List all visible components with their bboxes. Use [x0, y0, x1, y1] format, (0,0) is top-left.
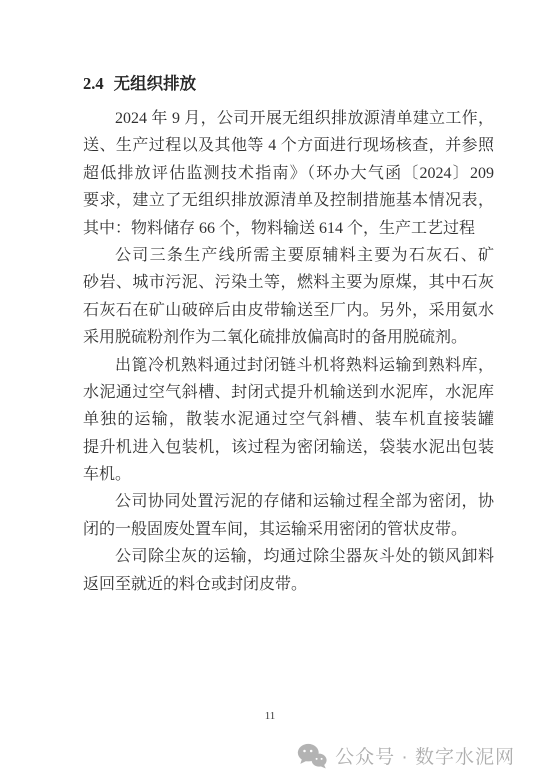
text-line: 石灰石在矿山破碎后由皮带输送至厂内。另外，采用氨水作为烟气脱硝还原剂，	[83, 297, 494, 324]
paragraph-1: 2024 年 9 月，公司开展无组织排放源清单建立工作，从物料储存、物料输 送、…	[83, 105, 494, 242]
wechat-watermark: 公众号 · 数字水泥网	[297, 742, 515, 769]
wechat-icon	[297, 743, 327, 769]
document-content: 2.4无组织排放 2024 年 9 月，公司开展无组织排放源清单建立工作，从物料…	[83, 70, 494, 598]
section-number: 2.4	[83, 74, 104, 93]
text-line: 水泥通过空气斜槽、封闭式提升机输送到水泥库，水泥库散装水泥和袋装水泥是	[83, 379, 494, 406]
text-line: 要求，建立了无组织排放源清单及控制措施基本情况表，无组织排放源 737 个，	[83, 187, 494, 214]
paragraph-3: 出篦冷机熟料通过封闭链斗机将熟料运输到熟料库，库顶有收尘；出水泥磨 水泥通过空气…	[83, 352, 494, 489]
page-number: 11	[0, 710, 540, 722]
text-line: 2024 年 9 月，公司开展无组织排放源清单建立工作，从物料储存、物料输	[83, 105, 494, 132]
text-line: 公司三条生产线所需主要原辅料主要为石灰石、矿渣、脱硫石膏、粉煤灰、	[83, 242, 494, 269]
text-line: 送、生产过程以及其他等 4 个方面进行现场核查，并参照《意见》和《水泥企业	[83, 132, 494, 159]
paragraph-4: 公司协同处置污泥的存储和运输过程全部为密闭，协同处置污染土贮存在封 闭的一般固废…	[83, 488, 494, 543]
text-line: 超低排放评估监测技术指南》（环办大气函〔2024〕209 号）（以下简称《指南》…	[83, 160, 494, 187]
section-title: 无组织排放	[114, 74, 197, 93]
text-line: 闭的一般固废处置车间，其运输采用密闭的管状皮带。	[83, 516, 494, 543]
section-heading: 2.4无组织排放	[83, 70, 494, 94]
text-line: 公司协同处置污泥的存储和运输过程全部为密闭，协同处置污染土贮存在封	[83, 488, 494, 515]
text-line: 其中：物料储存 66 个，物料输送 614 个，生产工艺过程 47 个，其他环节…	[83, 215, 494, 242]
watermark-text: 公众号 · 数字水泥网	[335, 742, 515, 769]
text-line: 采用脱硫粉剂作为二氧化硫排放偏高时的备用脱硫剂。	[83, 324, 494, 351]
text-line: 返回至就近的料仓或封闭皮带。	[83, 571, 494, 598]
text-line: 砂岩、城市污泥、污染土等，燃料主要为原煤，其中石灰石来自公司自有矿山，	[83, 269, 494, 296]
text-line: 车机。	[83, 461, 494, 488]
text-line: 公司除尘灰的运输，均通过除尘器灰斗处的锁风卸料阀与连接的密闭管道，	[83, 543, 494, 570]
document-page: 2.4无组织排放 2024 年 9 月，公司开展无组织排放源清单建立工作，从物料…	[0, 0, 550, 778]
paragraph-2: 公司三条生产线所需主要原辅料主要为石灰石、矿渣、脱硫石膏、粉煤灰、 砂岩、城市污…	[83, 242, 494, 352]
text-line: 出篦冷机熟料通过封闭链斗机将熟料运输到熟料库，库顶有收尘；出水泥磨	[83, 352, 494, 379]
text-line: 提升机进入包装机，该过程为密闭输送，袋装水泥出包装机后通过皮带运输到装	[83, 434, 494, 461]
paragraph-5: 公司除尘灰的运输，均通过除尘器灰斗处的锁风卸料阀与连接的密闭管道， 返回至就近的…	[83, 543, 494, 598]
text-line: 单独的运输，散装水泥通过空气斜槽、装车机直接装罐车，袋装水泥经过斜槽、	[83, 406, 494, 433]
